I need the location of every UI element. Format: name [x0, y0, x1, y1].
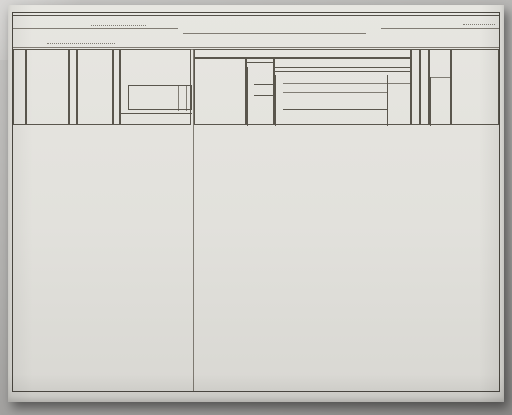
religion-vertical-label: [114, 50, 119, 124]
residents-column-header: [77, 49, 113, 125]
remessaere-title: [275, 67, 412, 72]
sum-column-1-label: [412, 50, 419, 124]
house-number-vertical-label: [14, 50, 25, 124]
sum-column-2: [420, 49, 429, 125]
anmerkung-column-header: [451, 49, 499, 125]
religion-column-header: [113, 49, 120, 125]
nachwuchs-side-label: [247, 67, 255, 126]
sum-column-2-label: [421, 50, 428, 124]
sum-column-1: [411, 49, 420, 125]
nachwuchs-box: [246, 58, 274, 125]
row1-rule-left: [13, 28, 178, 29]
schaetzung-box: [120, 49, 191, 125]
owner-column-header: [26, 49, 69, 125]
valuation-inner-box: [128, 85, 192, 110]
form-border: [12, 12, 500, 392]
title-underline: [183, 33, 366, 34]
row1-rule-right: [381, 28, 499, 29]
nachwuchs-title: [247, 61, 275, 64]
header-separator-1: [13, 47, 499, 48]
scanned-form-paper: [8, 5, 504, 402]
classification-title-band: [194, 49, 411, 58]
party-number-vertical-label: [70, 50, 76, 124]
female-box: [429, 49, 451, 125]
qualification-label: [121, 113, 192, 116]
classification-columns: [194, 58, 246, 125]
conscription-underline: [463, 24, 495, 25]
house-number-column-header: [13, 49, 26, 125]
land-underline: [91, 25, 146, 26]
party-number-column-header: [69, 49, 77, 125]
kreis-underline: [47, 43, 115, 44]
remessaere-band: [274, 58, 411, 125]
